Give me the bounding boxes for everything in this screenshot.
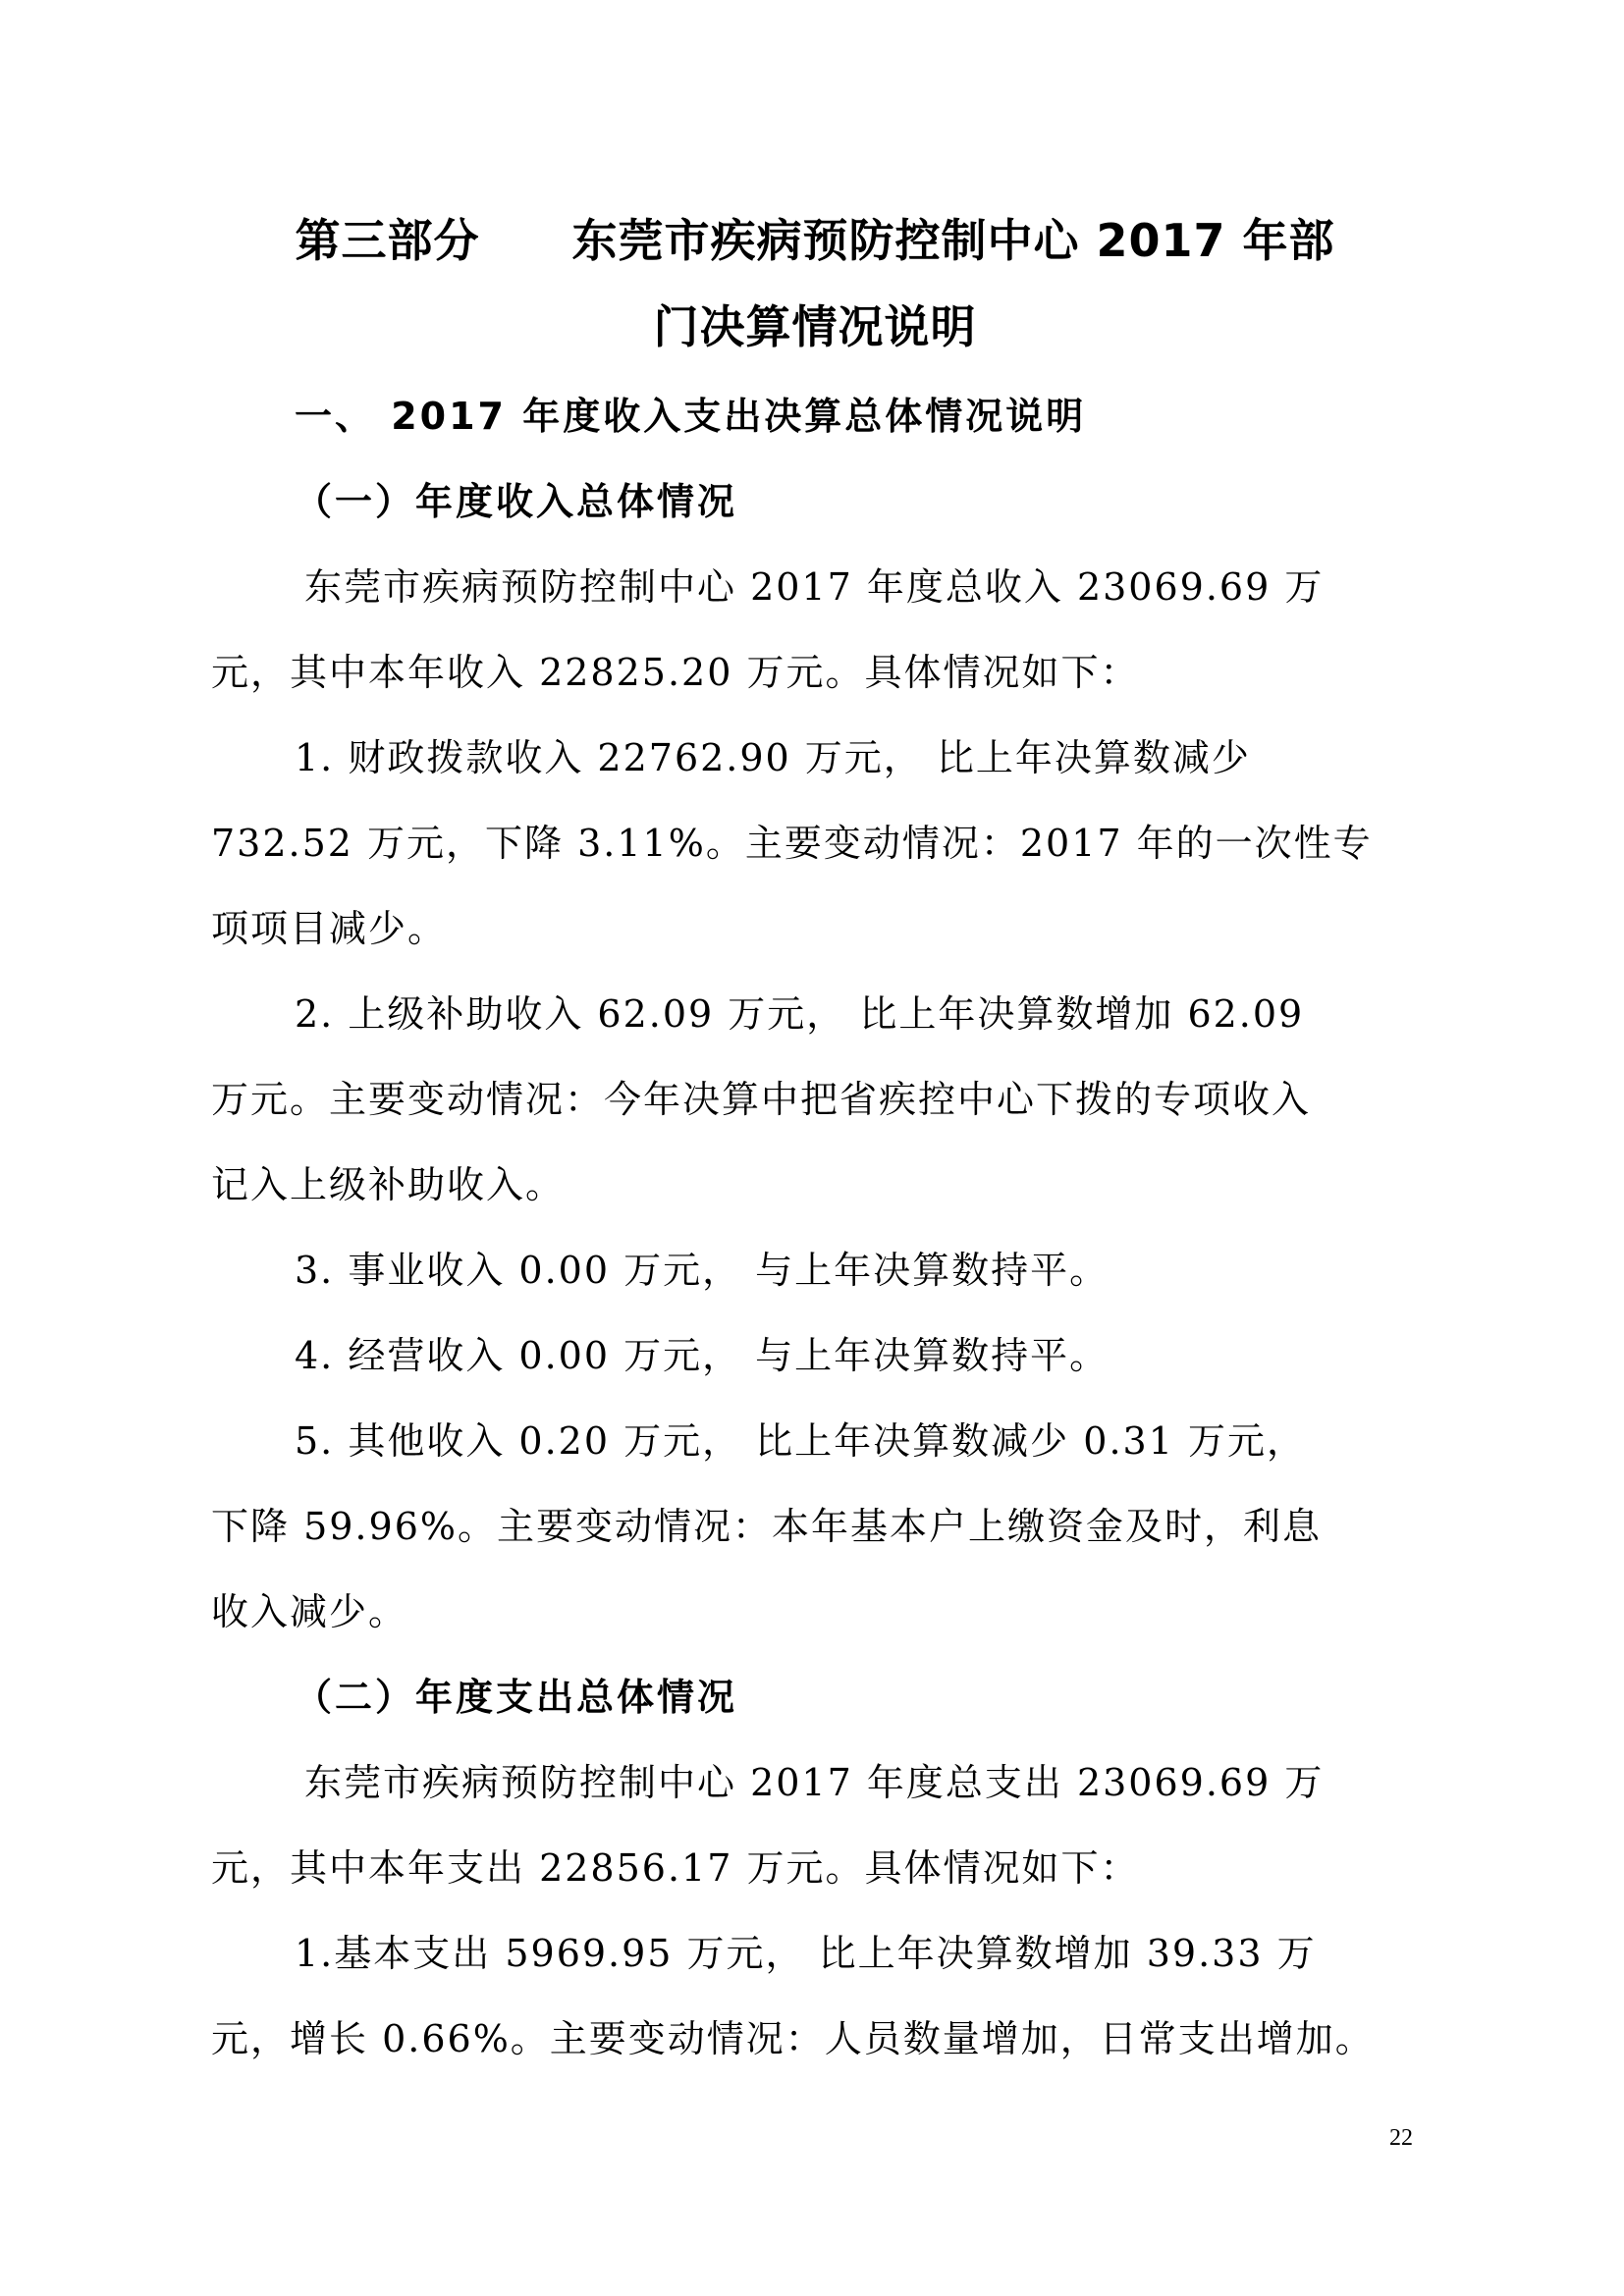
income-item-3: 3. 事业收入 0.00 万元， 与上年决算数持平。 bbox=[295, 1247, 1512, 1294]
page-title-line-1: 第三部分 东莞市疾病预防控制中心 2017 年部 bbox=[211, 196, 1419, 285]
page-number: 22 bbox=[1389, 2125, 1413, 2152]
page-title-line-2: 门决算情况说明 bbox=[211, 283, 1419, 371]
income-item-5-line-3: 收入减少。 bbox=[211, 1588, 1429, 1635]
income-item-5-line-2: 下降 59.96%。主要变动情况：本年基本户上缴资金及时，利息 bbox=[211, 1503, 1429, 1550]
income-item-4: 4. 经营收入 0.00 万元， 与上年决算数持平。 bbox=[295, 1332, 1512, 1379]
income-item-2-line-1: 2. 上级补助收入 62.09 万元， 比上年决算数增加 62.09 bbox=[295, 990, 1512, 1038]
income-item-2-line-2: 万元。主要变动情况：今年决算中把省疾控中心下拨的专项收入 bbox=[211, 1076, 1429, 1123]
income-summary-line-2: 元，其中本年收入 22825.20 万元。具体情况如下： bbox=[211, 649, 1429, 696]
document-page: 第三部分 东莞市疾病预防控制中心 2017 年部 门决算情况说明 一、 2017… bbox=[0, 0, 1624, 2296]
income-item-1-line-3: 项项目减少。 bbox=[211, 905, 1429, 952]
expenditure-summary-line-2: 元，其中本年支出 22856.17 万元。具体情况如下： bbox=[211, 1844, 1429, 1892]
expenditure-item-1-line-1: 1.基本支出 5969.95 万元， 比上年决算数增加 39.33 万 bbox=[295, 1930, 1512, 1977]
income-item-1-line-2: 732.52 万元，下降 3.11%。主要变动情况：2017 年的一次性专 bbox=[211, 820, 1429, 867]
income-item-2-line-3: 记入上级补助收入。 bbox=[211, 1161, 1429, 1208]
expenditure-summary-line-1: 东莞市疾病预防控制中心 2017 年度总支出 23069.69 万 bbox=[304, 1759, 1522, 1806]
income-item-5-line-1: 5. 其他收入 0.20 万元， 比上年决算数减少 0.31 万元， bbox=[295, 1417, 1512, 1465]
expenditure-item-1-line-2: 元，增长 0.66%。主要变动情况：人员数量增加，日常支出增加。 bbox=[211, 2015, 1429, 2062]
expenditure-heading: （二）年度支出总体情况 bbox=[295, 1674, 1512, 1721]
income-summary-line-1: 东莞市疾病预防控制中心 2017 年度总收入 23069.69 万 bbox=[304, 563, 1522, 611]
income-item-1-line-1: 1. 财政拨款收入 22762.90 万元， 比上年决算数减少 bbox=[295, 734, 1512, 781]
section-heading: 一、 2017 年度收入支出决算总体情况说明 bbox=[295, 393, 1512, 440]
income-heading: （一）年度收入总体情况 bbox=[295, 478, 1512, 525]
